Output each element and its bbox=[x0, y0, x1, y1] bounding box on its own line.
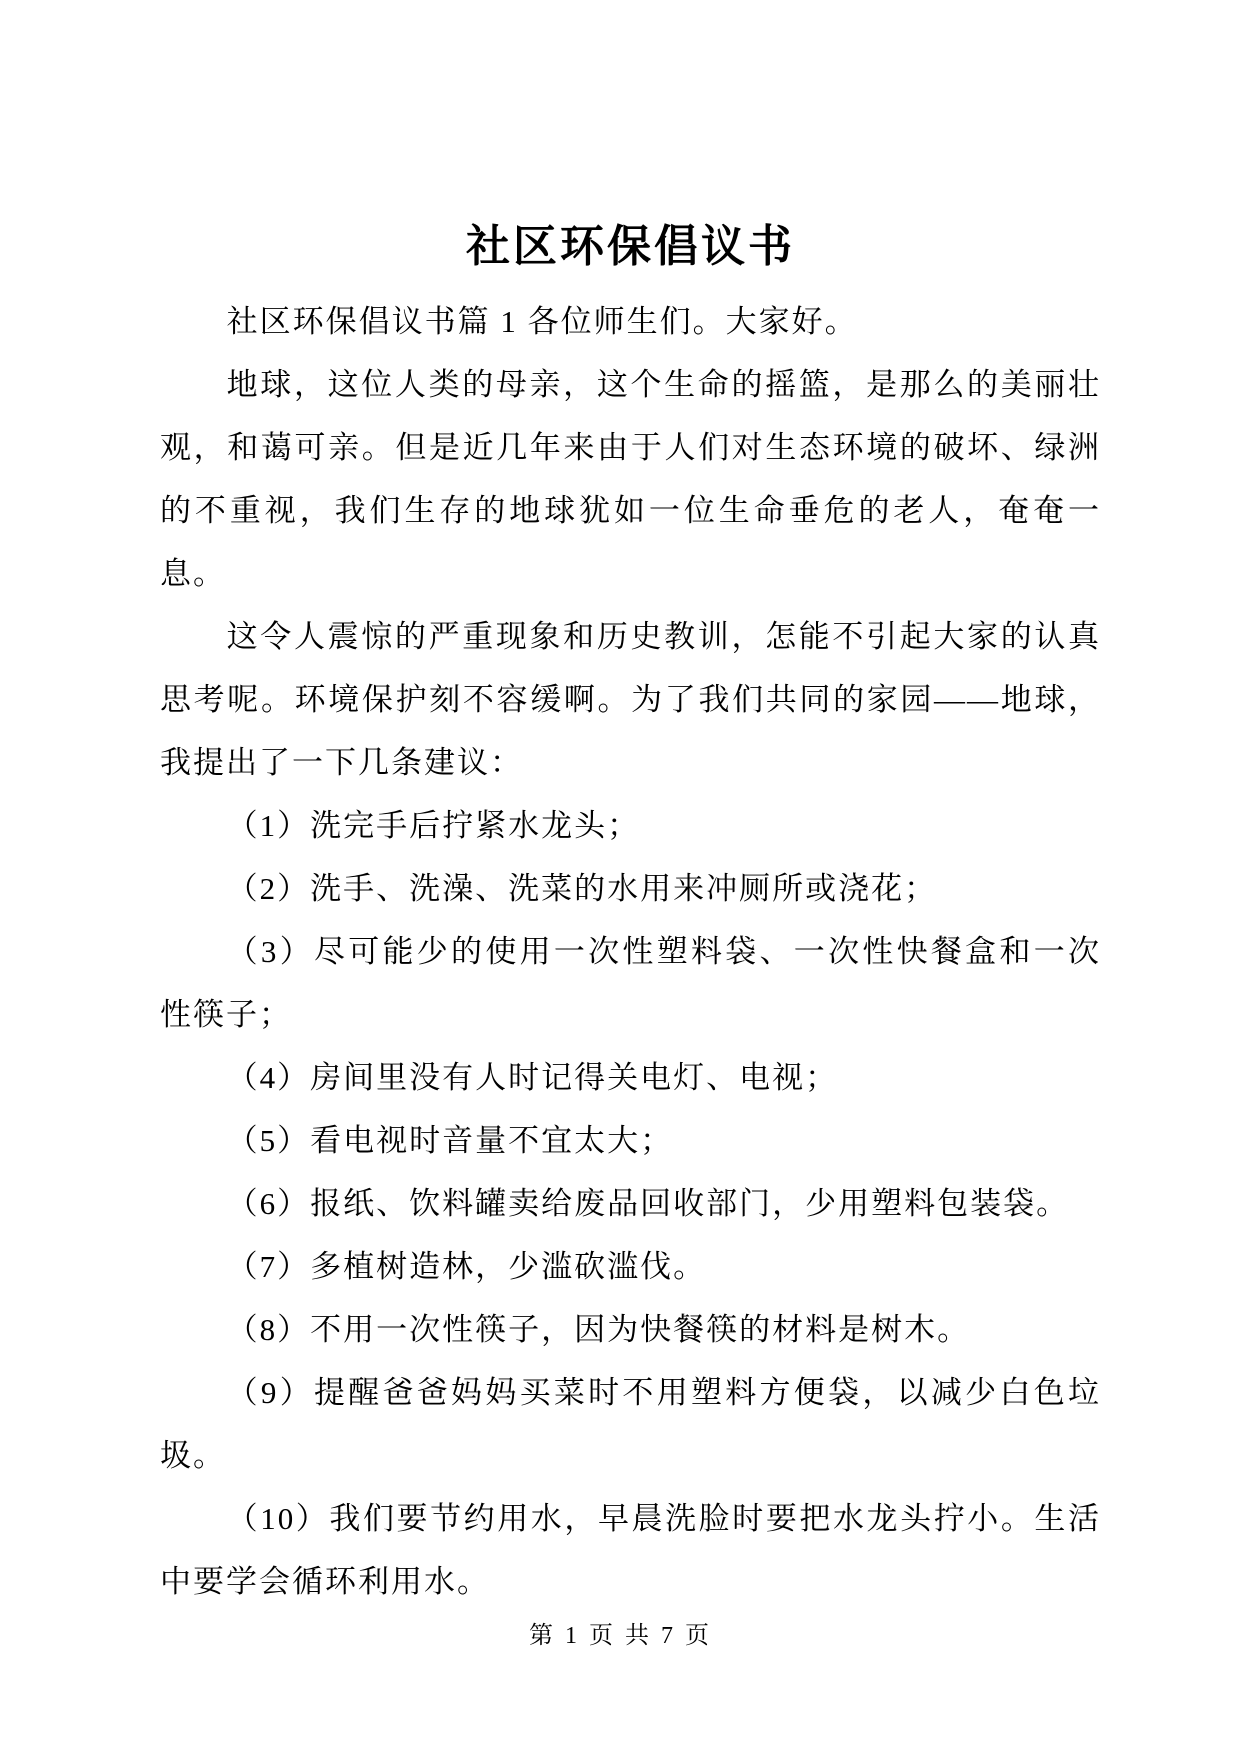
paragraph: （6）报纸、饮料罐卖给废品回收部门，少用塑料包装袋。 bbox=[160, 1172, 1101, 1235]
paragraph: （7）多植树造林，少滥砍滥伐。 bbox=[160, 1235, 1101, 1298]
page-title: 社区环保倡议书 bbox=[160, 218, 1101, 276]
paragraph: 地球，这位人类的母亲，这个生命的摇篮，是那么的美丽壮观，和蔼可亲。但是近几年来由… bbox=[160, 353, 1101, 605]
paragraph: 这令人震惊的严重现象和历史教训，怎能不引起大家的认真思考呢。环境保护刻不容缓啊。… bbox=[160, 605, 1101, 794]
paragraph: 社区环保倡议书篇 1 各位师生们。大家好。 bbox=[160, 290, 1101, 353]
paragraph: （5）看电视时音量不宜太大； bbox=[160, 1109, 1101, 1172]
paragraph: （8）不用一次性筷子，因为快餐筷的材料是树木。 bbox=[160, 1298, 1101, 1361]
document-page: 社区环保倡议书 社区环保倡议书篇 1 各位师生们。大家好。地球，这位人类的母亲，… bbox=[0, 0, 1241, 1754]
paragraph: （4）房间里没有人时记得关电灯、电视； bbox=[160, 1046, 1101, 1109]
paragraph: （2）洗手、洗澡、洗菜的水用来冲厕所或浇花； bbox=[160, 857, 1101, 920]
paragraph: （10）我们要节约用水，早晨洗脸时要把水龙头拧小。生活中要学会循环利用水。 bbox=[160, 1487, 1101, 1613]
page-number-label: 第 1 页 共 7 页 bbox=[529, 1623, 712, 1649]
paragraph: （3）尽可能少的使用一次性塑料袋、一次性快餐盒和一次性筷子； bbox=[160, 920, 1101, 1046]
document-body: 社区环保倡议书篇 1 各位师生们。大家好。地球，这位人类的母亲，这个生命的摇篮，… bbox=[160, 290, 1101, 1613]
page-footer: 第 1 页 共 7 页 bbox=[0, 1615, 1241, 1650]
paragraph: （1）洗完手后拧紧水龙头； bbox=[160, 794, 1101, 857]
paragraph: （9）提醒爸爸妈妈买菜时不用塑料方便袋，以减少白色垃圾。 bbox=[160, 1361, 1101, 1487]
